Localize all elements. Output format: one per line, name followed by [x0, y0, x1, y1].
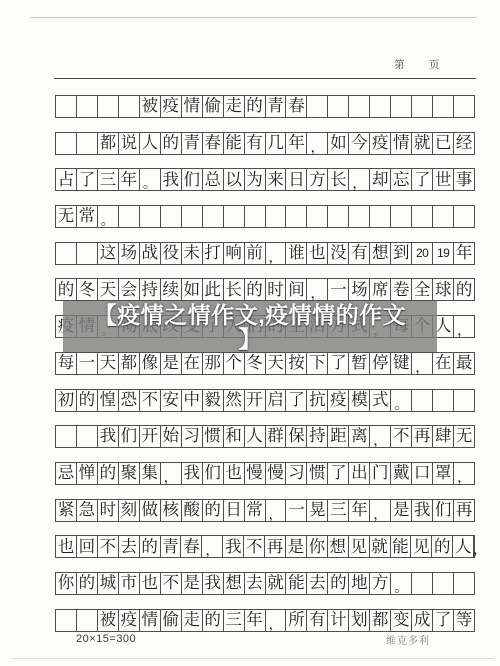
- grid-cell: [433, 96, 454, 117]
- grid-cell: 年: [454, 243, 474, 264]
- grid-cell: 。: [391, 390, 412, 411]
- grid-row: 初的惶恐不安中毅然开启了抗疫模式。: [55, 389, 475, 412]
- handwritten-char: 你: [309, 539, 326, 556]
- grid-cell: [307, 96, 328, 117]
- handwritten-char: 的: [162, 135, 179, 152]
- handwritten-char: 事: [456, 172, 473, 189]
- handwritten-char: 不: [246, 539, 263, 556]
- handwritten-char: 几: [267, 135, 284, 152]
- handwritten-char: 是: [393, 502, 410, 519]
- handwritten-char: 春: [288, 98, 305, 115]
- grid-cell: 一: [286, 500, 307, 521]
- grid-cell: 再: [412, 426, 433, 447]
- grid-cell: 开: [245, 390, 266, 411]
- handwritten-char: 在: [183, 355, 200, 372]
- grid-cell: [77, 133, 98, 154]
- grid-cell: 的: [245, 96, 266, 117]
- handwritten-char: 慢: [246, 465, 263, 482]
- page-number-label-ye: 页: [429, 57, 440, 72]
- handwritten-char: 19: [437, 247, 449, 259]
- grid-cell: 也: [307, 243, 328, 264]
- grid-cell: 的: [140, 536, 161, 557]
- handwritten-char: 们: [183, 172, 200, 189]
- handwritten-char: 你: [58, 575, 75, 592]
- grid-cell: [328, 206, 349, 227]
- grid-cell: 键: [391, 353, 412, 374]
- watermark-text-line2: 】: [239, 328, 262, 350]
- handwritten-char: 青: [183, 135, 200, 152]
- grid-cell: [349, 206, 370, 227]
- handwritten-char: 我: [162, 172, 179, 189]
- handwritten-char: 计: [330, 612, 347, 629]
- handwritten-char: 情: [393, 135, 410, 152]
- grid-cell: 场: [349, 279, 370, 300]
- handwritten-char: 变: [393, 612, 410, 629]
- handwritten-char: 那: [204, 355, 221, 372]
- handwritten-char: ，: [352, 176, 366, 190]
- grid-cell: 恐: [119, 390, 140, 411]
- grid-cell: 为: [245, 169, 266, 190]
- grid-cell: 慢: [245, 463, 266, 484]
- handwritten-char: 这: [100, 245, 117, 262]
- grid-cell: [370, 206, 391, 227]
- grid-cell: 方: [370, 573, 391, 594]
- grid-cell: 下: [307, 353, 328, 374]
- handwritten-char: 走: [183, 612, 200, 629]
- overflow-char: ，: [473, 539, 487, 559]
- grid-cell: 急: [77, 500, 98, 521]
- handwritten-char: 战: [142, 245, 159, 262]
- grid-cell: 春: [203, 133, 224, 154]
- handwritten-char: 日: [225, 502, 242, 519]
- grid-cell: 一: [328, 279, 349, 300]
- grid-cell: 全: [412, 279, 433, 300]
- handwritten-char: 说: [121, 135, 138, 152]
- handwritten-char: 能: [288, 575, 305, 592]
- handwritten-char: 回: [79, 539, 96, 556]
- grid-cell: 球: [433, 279, 454, 300]
- handwritten-char: 模: [351, 392, 368, 409]
- grid-cell: 冬: [245, 353, 266, 374]
- grid-cell: 不: [391, 426, 412, 447]
- grid-cell: [433, 390, 454, 411]
- handwritten-char: 是: [183, 575, 200, 592]
- grid-cell: 紧: [56, 500, 77, 521]
- grid-cell: 也: [224, 463, 245, 484]
- grid-cell: 已: [433, 133, 454, 154]
- grid-cell: 们: [182, 169, 203, 190]
- grid-cell: [56, 426, 77, 447]
- grid-cell: 我: [182, 463, 203, 484]
- handwritten-char: 世: [435, 172, 452, 189]
- handwritten-char: 不: [162, 575, 179, 592]
- grid-row: 紧急时刻做核酸的日常，一晃三年，是我们再: [55, 499, 475, 522]
- grid-cell: 聚: [119, 463, 140, 484]
- handwritten-char: 被: [142, 98, 159, 115]
- handwritten-char: 习: [183, 428, 200, 445]
- handwritten-char: ，: [310, 286, 324, 300]
- handwritten-char: 每: [58, 355, 75, 372]
- grid-cell: 长: [224, 279, 245, 300]
- handwritten-char: 惯: [204, 428, 221, 445]
- grid-cell: 惯: [307, 463, 328, 484]
- handwritten-char: 初: [58, 392, 75, 409]
- handwritten-char: 等: [456, 612, 473, 629]
- handwritten-char: 最: [456, 355, 473, 372]
- grid-cell: 年: [245, 610, 266, 631]
- grid-cell: 不: [140, 390, 161, 411]
- handwritten-char: 疫: [162, 98, 179, 115]
- grid-cell: 不: [98, 536, 119, 557]
- handwritten-char: 再: [456, 502, 473, 519]
- grid-cell: 了: [328, 463, 349, 484]
- handwritten-char: 今: [351, 135, 368, 152]
- grid-cell: 情: [391, 133, 412, 154]
- handwritten-char: 来: [267, 172, 284, 189]
- grid-cell: 我: [223, 536, 244, 557]
- grid-cell: 能: [286, 573, 307, 594]
- handwritten-char: 是: [162, 355, 179, 372]
- handwritten-char: 忌: [58, 465, 75, 482]
- handwritten-char: 见: [413, 539, 430, 556]
- handwritten-char: 没: [330, 245, 347, 262]
- handwritten-char: 我: [183, 465, 200, 482]
- handwritten-char: 被: [100, 612, 117, 629]
- grid-cell: 想: [224, 573, 245, 594]
- handwritten-char: 个: [225, 355, 242, 372]
- handwritten-char: 忘: [393, 172, 410, 189]
- grid-cell: 你: [307, 536, 328, 557]
- handwritten-char: 冬: [79, 282, 96, 299]
- grid-cell: 距: [328, 426, 349, 447]
- grid-cell: 了: [412, 169, 433, 190]
- grid-cell: 如: [182, 279, 203, 300]
- handwritten-char: 也: [58, 539, 75, 556]
- grid-cell: 每: [56, 353, 77, 374]
- grid-cell: 疫: [161, 96, 182, 117]
- handwritten-char: 是: [288, 539, 305, 556]
- handwritten-char: 时: [267, 282, 284, 299]
- grid-cell: 的: [77, 390, 98, 411]
- handwritten-char: 人: [142, 135, 159, 152]
- grid-cell: [412, 96, 433, 117]
- grid-cell: [56, 243, 77, 264]
- grid-cell: 然: [224, 390, 245, 411]
- handwritten-char: 总: [204, 172, 221, 189]
- grid-cell: 无: [56, 206, 77, 227]
- handwritten-char: 以: [225, 172, 242, 189]
- handwritten-char: ，: [457, 323, 471, 337]
- handwritten-char: 就: [414, 135, 431, 152]
- grid-cell: 惮: [77, 463, 98, 484]
- handwritten-char: 也: [309, 245, 326, 262]
- grid-cell: [140, 206, 161, 227]
- handwritten-char: 席: [372, 282, 389, 299]
- grid-cell: 被: [140, 96, 161, 117]
- handwritten-char: 去: [120, 539, 137, 556]
- handwritten-char: 疫: [121, 612, 138, 629]
- handwritten-char: 我: [204, 575, 221, 592]
- handwritten-char: 下: [309, 355, 326, 372]
- handwritten-char: 门: [372, 465, 389, 482]
- handwritten-char: 出: [351, 465, 368, 482]
- handwritten-char: 式: [372, 392, 389, 409]
- grid-cell: 见: [349, 536, 370, 557]
- grid-cell: 酸: [182, 500, 203, 521]
- handwritten-char: 无: [456, 428, 473, 445]
- handwritten-char: 已: [435, 135, 452, 152]
- grid-cell: [56, 133, 77, 154]
- handwritten-char: 的: [456, 282, 473, 299]
- grid-cell: 的: [98, 463, 119, 484]
- handwritten-char: ，: [415, 360, 429, 374]
- handwritten-char: 年: [246, 612, 263, 629]
- grid-row: 的冬天会持续如此长的时间，一场席卷全球的: [55, 278, 475, 301]
- grid-cell: 我: [98, 426, 119, 447]
- grid-cell: [224, 206, 245, 227]
- grid-cell: 也: [140, 573, 161, 594]
- handwritten-char: 所: [288, 612, 305, 629]
- handwritten-char: 们: [435, 502, 452, 519]
- grid-cell: 前: [245, 243, 266, 264]
- handwritten-char: 天: [100, 282, 117, 299]
- grid-cell: 就: [412, 133, 433, 154]
- grid-cell: ，: [370, 426, 391, 447]
- handwritten-char: 的: [79, 575, 96, 592]
- handwritten-char: 成: [414, 612, 431, 629]
- grid-cell: 们: [203, 463, 224, 484]
- grid-cell: 回: [77, 536, 98, 557]
- grid-cell: 走: [182, 610, 203, 631]
- handwritten-char: 然: [225, 392, 242, 409]
- grid-cell: 初: [56, 390, 77, 411]
- grid-cell: [182, 206, 203, 227]
- handwritten-char: 了: [414, 172, 431, 189]
- handwritten-char: 在: [435, 355, 452, 372]
- handwritten-char: 们: [204, 465, 221, 482]
- grid-cell: 集: [140, 463, 161, 484]
- grid-cell: 地: [349, 573, 370, 594]
- grid-cell: 能: [391, 536, 412, 557]
- grid-cell: ，: [266, 243, 287, 264]
- handwritten-char: 役: [162, 245, 179, 262]
- grid-cell: 了: [433, 610, 454, 631]
- grid-cell: 按: [286, 353, 307, 374]
- handwritten-char: 的: [100, 465, 117, 482]
- handwritten-char: 群: [267, 428, 284, 445]
- handwritten-char: 疫: [372, 135, 389, 152]
- grid-cell: [245, 206, 266, 227]
- handwritten-char: 的: [79, 392, 96, 409]
- grid-cell: 门: [370, 463, 391, 484]
- grid-cell: 这: [98, 243, 119, 264]
- grid-cell: 日: [224, 500, 245, 521]
- handwritten-char: 我: [100, 428, 117, 445]
- grid-cell: 抗: [307, 390, 328, 411]
- grid-cell: 戴: [391, 463, 412, 484]
- grid-cell: 毅: [203, 390, 224, 411]
- handwritten-char: 的: [330, 575, 347, 592]
- handwritten-char: 人: [435, 318, 452, 335]
- grid-cell: 停: [370, 353, 391, 374]
- handwritten-char: 晃: [309, 502, 326, 519]
- handwritten-char: 地: [351, 575, 368, 592]
- grid-cell: 划: [349, 610, 370, 631]
- grid-cell: 偷: [161, 610, 182, 631]
- grid-cell: ，: [266, 500, 287, 521]
- handwritten-char: 就: [267, 575, 284, 592]
- grid-cell: 等: [454, 610, 474, 631]
- handwritten-char: 天: [267, 355, 284, 372]
- handwritten-char: 三: [225, 612, 242, 629]
- grid-cell: 以: [224, 169, 245, 190]
- grid-cell: 就: [266, 573, 287, 594]
- grid-cell: 常: [77, 206, 98, 227]
- grid-cell: 城: [98, 573, 119, 594]
- handwritten-char: 离: [351, 428, 368, 445]
- grid-cell: [56, 610, 77, 631]
- grid-cell: 场: [119, 243, 140, 264]
- grid-cell: 的: [245, 279, 266, 300]
- handwritten-char: 间: [288, 282, 305, 299]
- grid-cell: 。: [391, 573, 412, 594]
- handwritten-char: 前: [246, 245, 263, 262]
- grid-cell: [307, 206, 328, 227]
- grid-cell: 年: [349, 500, 370, 521]
- handwritten-char: 的: [204, 502, 221, 519]
- handwritten-char: 却: [372, 172, 389, 189]
- handwritten-char: 不: [100, 539, 117, 556]
- grid-cell: 的: [454, 279, 474, 300]
- grid-cell: 年: [286, 133, 307, 154]
- grid-cell: 人: [453, 536, 474, 557]
- handwritten-char: 都: [372, 612, 389, 629]
- handwritten-char: 时: [100, 502, 117, 519]
- grid-row: 我们开始习惯和人群保持距离，不再肆无: [55, 425, 475, 448]
- grid-cell: 如: [328, 133, 349, 154]
- handwritten-char: 此: [204, 282, 221, 299]
- handwritten-char: 长: [225, 282, 242, 299]
- handwritten-char: 年: [121, 172, 138, 189]
- handwritten-char: 有: [351, 245, 368, 262]
- handwritten-char: 能: [392, 539, 409, 556]
- grid-cell: ，: [370, 500, 391, 521]
- grid-cell: 疫: [119, 610, 140, 631]
- grid-cell: 像: [140, 353, 161, 374]
- grid-cell: ，: [266, 610, 287, 631]
- handwritten-char: 集: [142, 465, 159, 482]
- grid-cell: 在: [182, 353, 203, 374]
- grid-cell: 事: [454, 169, 474, 190]
- grid-cell: 再: [265, 536, 286, 557]
- grid-cell: [328, 96, 349, 117]
- grid-cell: [454, 96, 474, 117]
- grid-cell: 不: [244, 536, 265, 557]
- grid-cell: 是: [391, 500, 412, 521]
- handwritten-char: 戴: [393, 465, 410, 482]
- grid-cell: 那: [203, 353, 224, 374]
- grid-cell: 慢: [266, 463, 287, 484]
- grid-cell: 卷: [391, 279, 412, 300]
- handwritten-char: 未: [183, 245, 200, 262]
- paper-brand-label: 维克多利: [386, 632, 430, 647]
- grid-row: 你的城市也不是我想去就能去的地方。: [55, 572, 475, 595]
- handwritten-char: 惯: [309, 465, 326, 482]
- handwritten-char: ，: [205, 543, 219, 557]
- grid-cell: 冬: [77, 279, 98, 300]
- grid-cell: 偷: [203, 96, 224, 117]
- grid-cell: [98, 96, 119, 117]
- handwritten-char: 刻: [121, 502, 138, 519]
- grid-cell: 有: [349, 243, 370, 264]
- grid-cell: 我: [161, 169, 182, 190]
- grid-cell: 役: [161, 243, 182, 264]
- grid-cell: 一: [77, 353, 98, 374]
- handwritten-char: 也: [142, 575, 159, 592]
- grid-cell: [454, 390, 474, 411]
- grid-cell: 长: [328, 169, 349, 190]
- grid-cell: 计: [328, 610, 349, 631]
- grid-cell: 经: [454, 133, 474, 154]
- grid-cell: 了: [286, 390, 307, 411]
- grid-cell: ，: [161, 463, 182, 484]
- handwritten-char: 到: [393, 245, 410, 262]
- handwritten-char: ，: [269, 617, 283, 631]
- handwritten-char: 情: [142, 612, 159, 629]
- grid-cell: ，: [454, 463, 474, 484]
- grid-cell: 成: [412, 610, 433, 631]
- grid-cell: 青: [161, 536, 182, 557]
- handwritten-char: 冬: [246, 355, 263, 372]
- grid-row: 被疫情偷走的三年，所有计划都变成了等: [55, 609, 475, 632]
- grid-cell: 是: [182, 573, 203, 594]
- handwritten-char: ，: [164, 470, 178, 484]
- handwritten-char: 全: [414, 282, 431, 299]
- handwritten-char: ，: [269, 250, 283, 264]
- grid-cell: 日: [286, 169, 307, 190]
- handwritten-char: 球: [435, 282, 452, 299]
- grid-cell: 肆: [433, 426, 454, 447]
- handwritten-char: 偷: [162, 612, 179, 629]
- handwritten-char: 聚: [121, 465, 138, 482]
- grid-cell: 几: [266, 133, 287, 154]
- handwritten-char: 常: [246, 502, 263, 519]
- grid-cell: 没: [328, 243, 349, 264]
- handwritten-char: 青: [162, 539, 179, 556]
- grid-cell: 去: [307, 573, 328, 594]
- grid-cell: [433, 573, 454, 594]
- grid-row: 被疫情偷走的青春: [55, 95, 475, 118]
- handwritten-char: 有: [309, 612, 326, 629]
- grid-cell: 们: [433, 500, 454, 521]
- grid-cell: [349, 96, 370, 117]
- grid-cell: 就: [370, 536, 391, 557]
- grid-cell: 离: [349, 426, 370, 447]
- handwritten-char: 的: [204, 612, 221, 629]
- handwritten-char: 再: [414, 428, 431, 445]
- handwritten-char: 见: [350, 539, 367, 556]
- grid-cell: 是: [161, 353, 182, 374]
- grid-cell: 式: [370, 390, 391, 411]
- grid-cell: 间: [286, 279, 307, 300]
- grid-cell: [286, 206, 307, 227]
- handwritten-char: 续: [162, 282, 179, 299]
- handwritten-char: 像: [142, 355, 159, 372]
- grid-cell: 群: [266, 426, 287, 447]
- handwritten-char: 的: [58, 282, 75, 299]
- grid-cell: 暂: [349, 353, 370, 374]
- handwritten-char: 就: [371, 539, 388, 556]
